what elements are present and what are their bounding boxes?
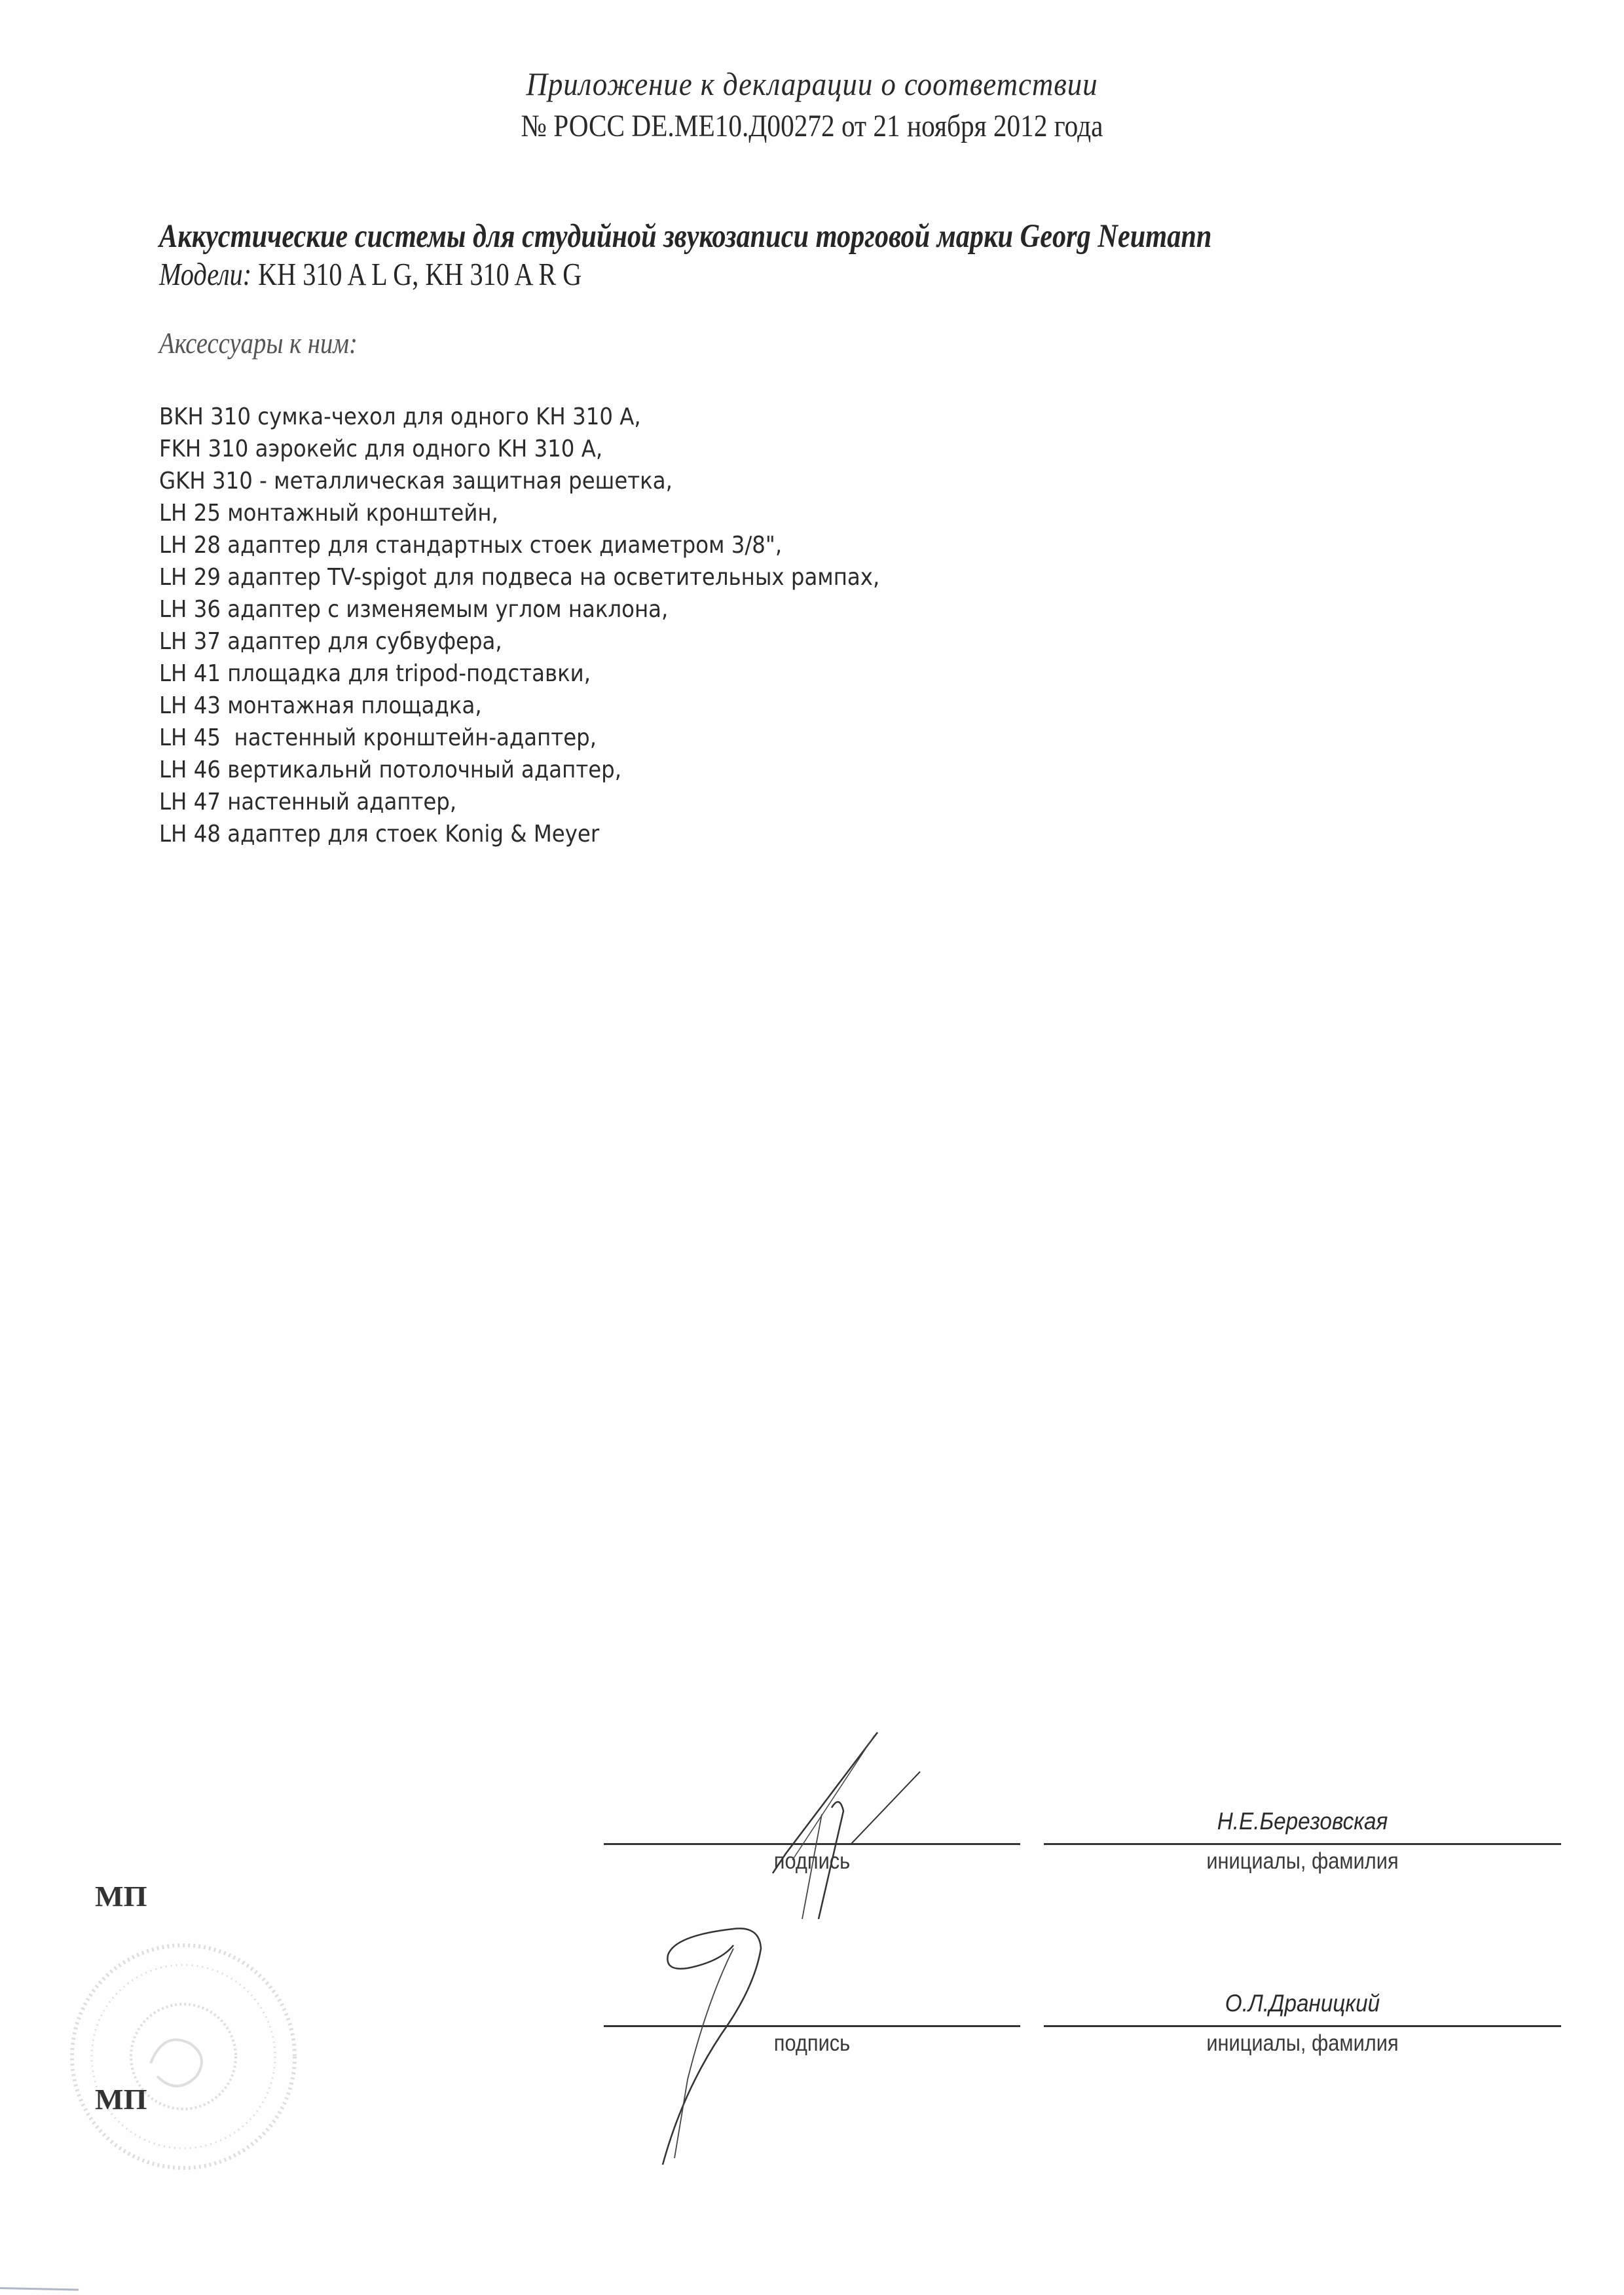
list-item: LH 43 монтажная площадка, [159,690,879,722]
list-item: LH 36 адаптер с изменяемым углом наклона… [159,593,879,625]
list-item: LH 41 площадка для tripod-подставки, [159,658,879,690]
name-caption: инициалы, фамилия [1075,1848,1530,1875]
signature-line [604,1843,1020,1845]
name-caption: инициалы, фамилия [1075,2030,1530,2057]
document-page: Приложение к декларации о соответствии №… [0,0,1624,2295]
signature-caption: подпись [629,1848,995,1875]
accessories-label: Аксессуары к ним: [159,326,358,360]
list-item: LH 45 настенный кронштейн-адаптер, [159,722,879,754]
seal-stamp-icon [52,1899,314,2174]
product-models: Модели: KH 310 A L G, KH 310 A R G [159,255,1199,293]
declaration-number: № РОСС DE.ME10.Д00272 от 21 ноября 2012 … [114,105,1511,147]
accessories-list: BKH 310 сумка-чехол для одного KH 310 A,… [159,401,960,850]
models-label: Модели: [159,256,251,292]
list-item: LH 46 вертикальнй потолочный адаптер, [159,754,879,786]
product-section: Аккустические системы для студийной звук… [159,217,1428,293]
document-title: Приложение к декларации о соответствии [81,62,1543,105]
list-item: GKH 310 - металлическая защитная решетка… [159,465,879,497]
handwritten-signature-icon [747,1723,982,1919]
product-heading: Аккустические системы для студийной звук… [159,217,1211,255]
page-edge-mark [0,2287,79,2291]
list-item: LH 47 настенный адаптер, [159,786,879,818]
signatory-name: Н.Е.Березовская [1070,1808,1536,1835]
list-item: LH 28 адаптер для стандартных стоек диам… [159,529,879,561]
models-value: KH 310 A L G, KH 310 A R G [258,256,581,292]
list-item: LH 48 адаптер для стоек Konig & Meyer [159,818,879,850]
signature-line [604,2025,1020,2027]
document-header: Приложение к декларации о соответствии №… [0,62,1624,147]
signatory-name: О.Л.Драницкий [1070,1990,1536,2017]
stamp-place-label: МП [95,2083,147,2116]
list-item: LH 29 адаптер TV-spigot для подвеса на о… [159,561,879,593]
list-item: LH 25 монтажный кронштейн, [159,497,879,529]
list-item: LH 37 адаптер для субвуфера, [159,625,879,658]
signature-caption: подпись [629,2030,995,2057]
name-line [1044,1843,1561,1845]
list-item: FKH 310 аэрокейс для одного KH 310 A, [159,433,879,465]
name-line [1044,2025,1561,2027]
stamp-place-label: МП [95,1880,147,1913]
list-item: BKH 310 сумка-чехол для одного KH 310 A, [159,401,879,433]
